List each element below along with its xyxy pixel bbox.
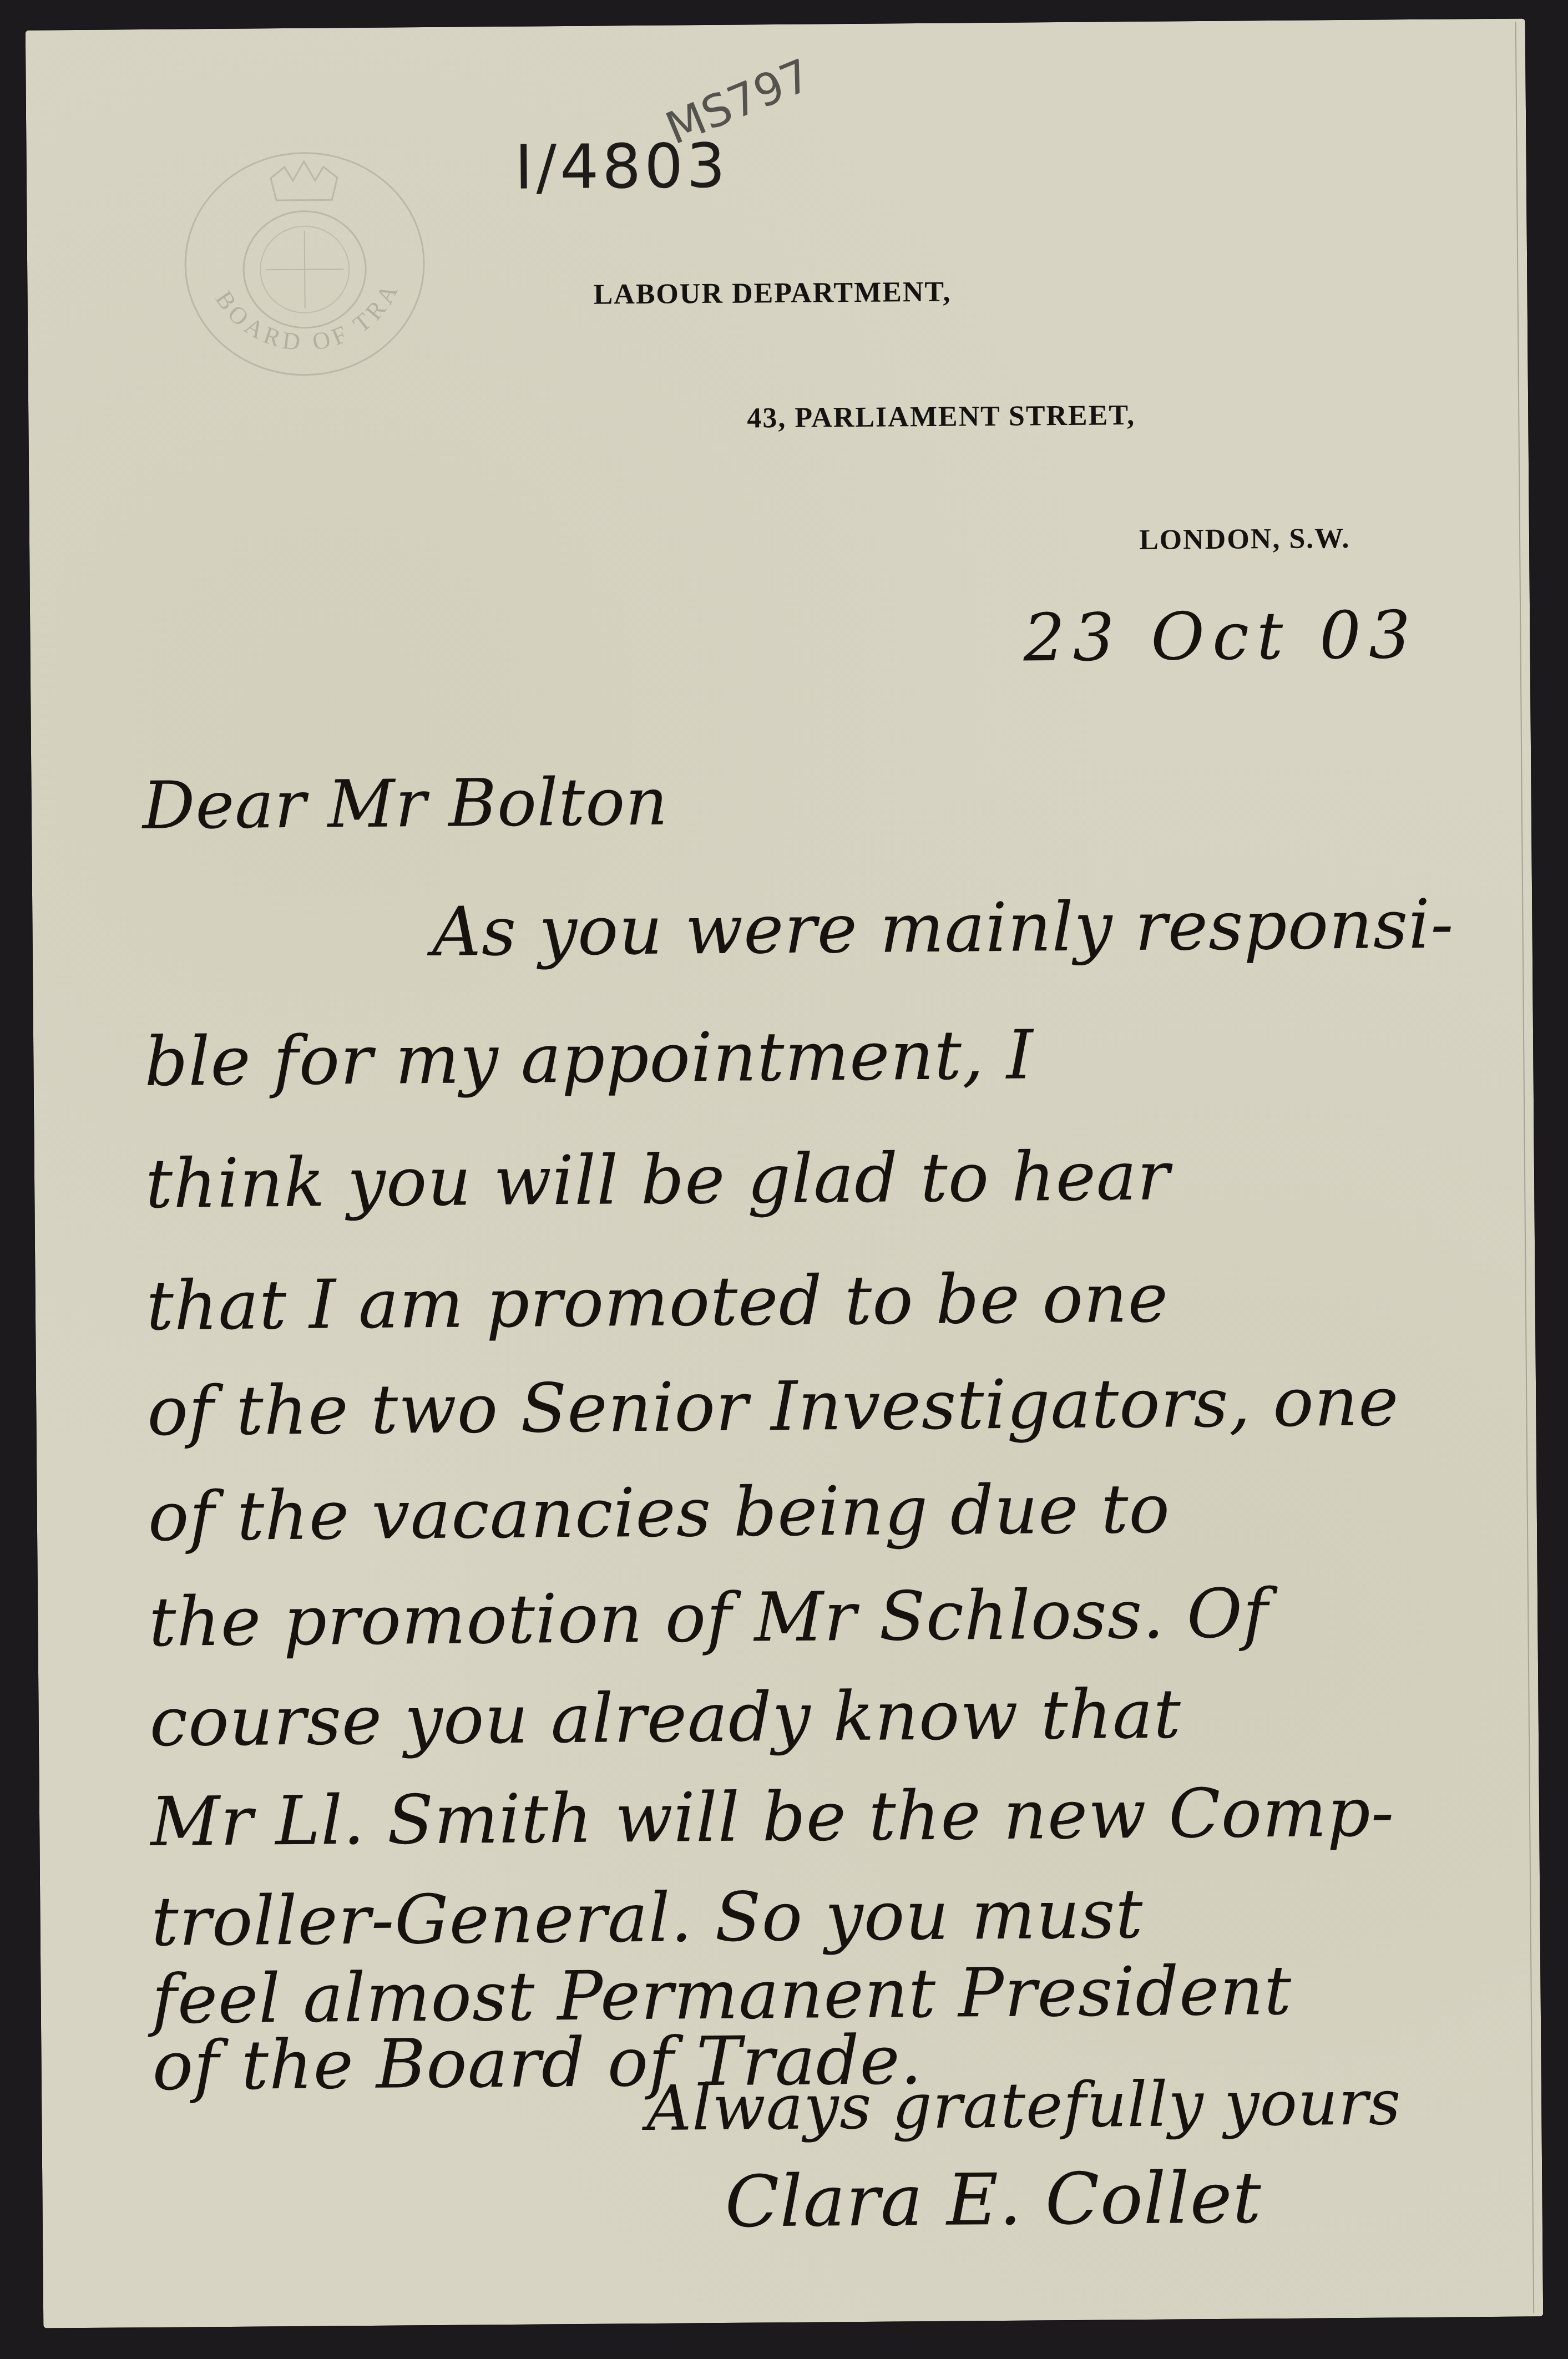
sheet-fold-edge (1515, 22, 1534, 2314)
letterhead-city: LONDON, S.W. (1139, 522, 1350, 556)
letterhead-department: LABOUR DEPARTMENT, (593, 276, 951, 311)
archive-pencil-reference: MS797 (659, 49, 818, 154)
letterhead-street: 43, PARLIAMENT STREET, (747, 399, 1135, 434)
letter-salutation: Dear Mr Bolton (142, 763, 668, 844)
body-line: ble for my appointment, I (144, 1015, 1034, 1101)
letter-page: BOARD OF TRADE I/4803 MS797 LABOUR DEPAR… (26, 18, 1543, 2328)
embossed-seal-icon: BOARD OF TRADE (173, 138, 436, 384)
body-line: of the two Senior Investigators, one (147, 1362, 1399, 1451)
body-line: of the vacancies being due to (148, 1470, 1170, 1556)
body-line: that I am promoted to be one (146, 1259, 1169, 1345)
body-line: course you already know that (149, 1674, 1181, 1761)
body-line: think you will be glad to hear (145, 1137, 1171, 1224)
body-line: As you were mainly responsi- (432, 885, 1454, 971)
body-line: Mr Ll. Smith will be the new Comp- (150, 1773, 1395, 1861)
letter-signature: Clara E. Collet (725, 2156, 1262, 2244)
body-line: troller-General. So you must (151, 1875, 1144, 1961)
body-line: the promotion of Mr Schloss. Of (149, 1574, 1269, 1662)
letter-date: 23 Oct 03 (1023, 596, 1419, 676)
letter-closing: Always gratefully yours (646, 2067, 1402, 2145)
